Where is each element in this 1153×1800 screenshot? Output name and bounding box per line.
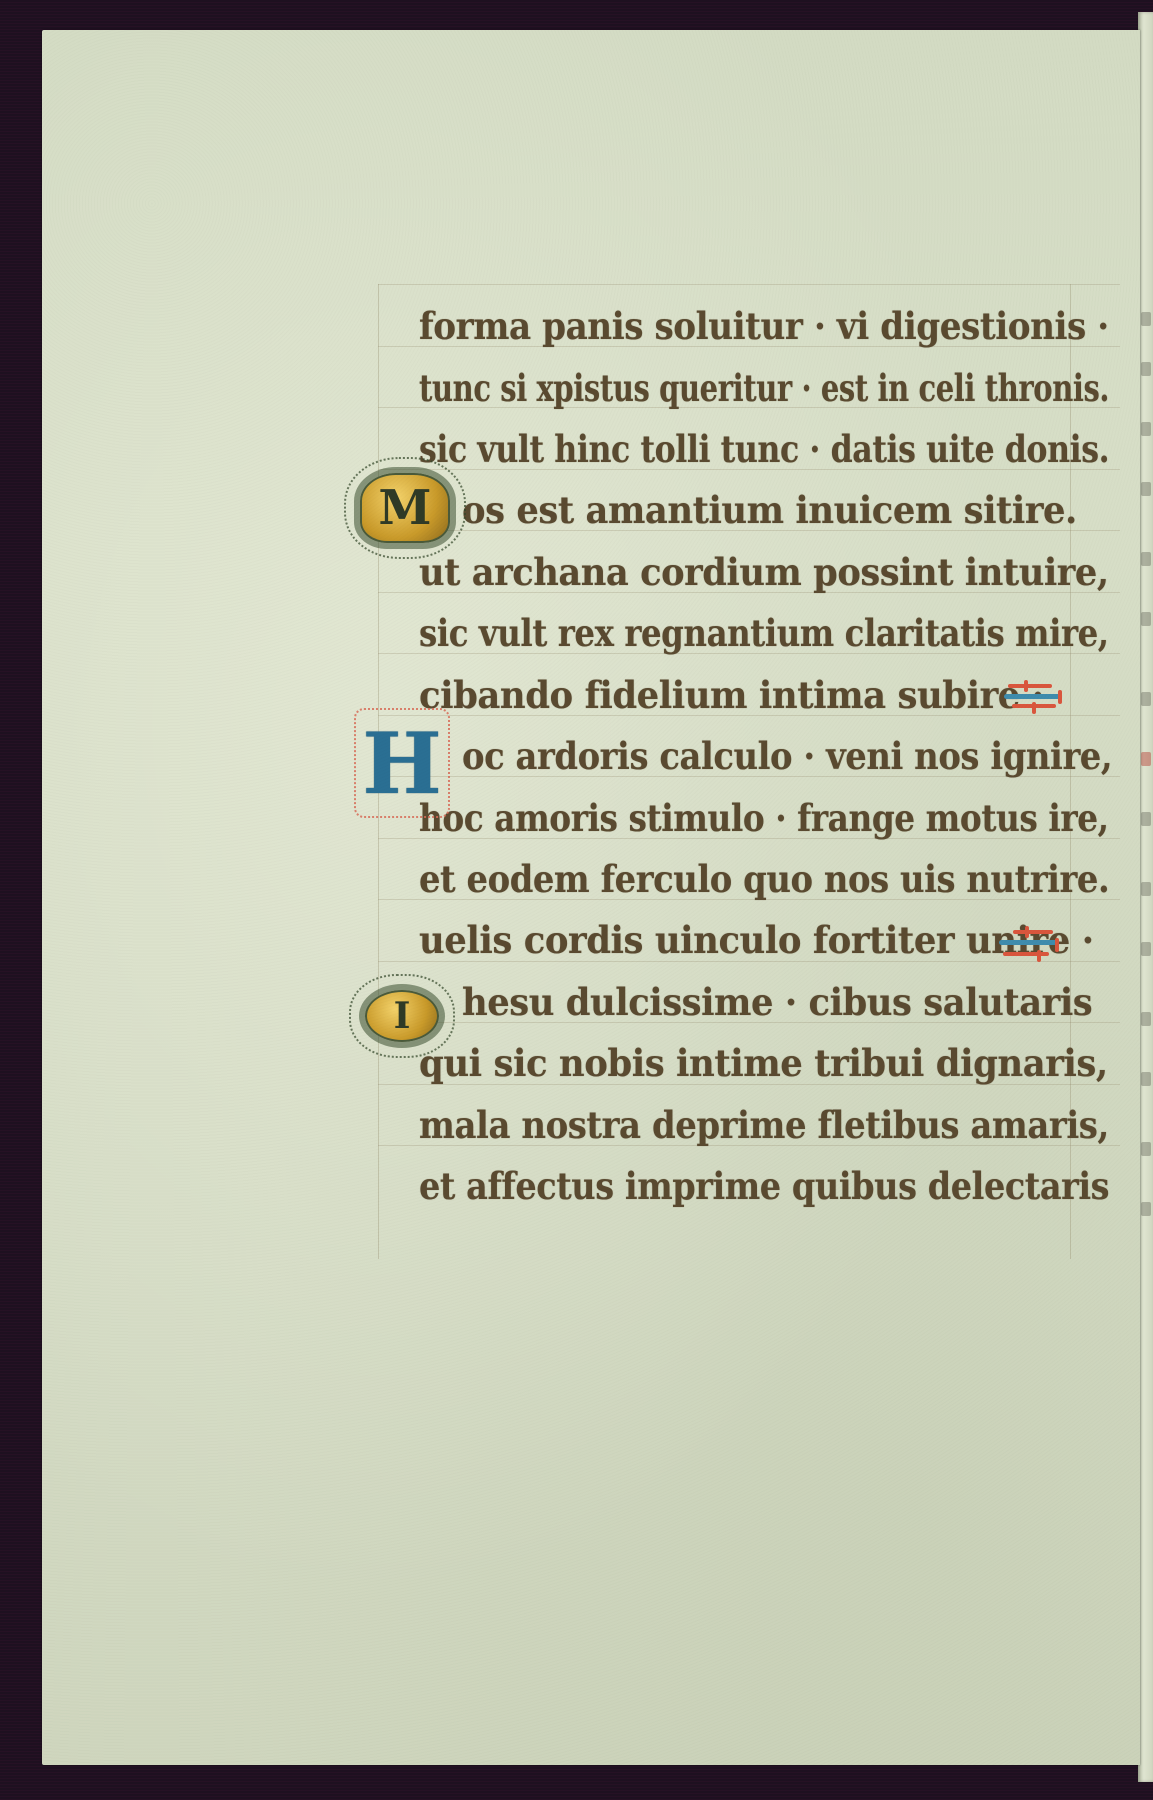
- illuminated-initial-h-blue: H: [368, 720, 436, 806]
- text-line-1: forma panis soluitur · vi digestionis ·: [419, 308, 1085, 345]
- text-line-9: hoc amoris stimulo · frange motus ire,: [419, 800, 1057, 837]
- facing-page-edge: [1138, 12, 1153, 1782]
- text-line-6: sic vult rex regnantium claritatis mire,: [419, 615, 1050, 652]
- penwork-flourish-icon: [354, 708, 450, 818]
- text-line-15: et affectus imprime quibus delectaris: [419, 1168, 1072, 1205]
- illuminated-initial-i-gold: I: [365, 990, 439, 1042]
- penwork-flourish-icon: [344, 457, 466, 559]
- text-line-5: ut archana cordium possint intuire,: [419, 554, 1105, 591]
- text-block: forma panis soluitur · vi digestionis · …: [42, 30, 1140, 1765]
- text-line-10: et eodem ferculo quo nos uis nutrire.: [419, 861, 1077, 898]
- text-line-3: sic vult hinc tolli tunc · datis uite do…: [419, 431, 1035, 468]
- text-line-2: tunc si xpistus queritur · est in celi t…: [419, 370, 983, 407]
- penwork-flourish-icon: [349, 974, 455, 1058]
- line-filler-ornament: [1002, 680, 1072, 714]
- manuscript-page: forma panis soluitur · vi digestionis · …: [42, 30, 1140, 1765]
- illuminated-initial-m-gold: M: [360, 473, 450, 543]
- text-line-12: hesu dulcissime · cibus salutaris: [462, 984, 1112, 1021]
- text-line-8: oc ardoris calculo · veni nos ignire,: [462, 738, 1084, 775]
- text-line-13: qui sic nobis intime tribui dignaris,: [419, 1045, 1109, 1082]
- text-line-14: mala nostra deprime fletibus amaris,: [419, 1107, 1080, 1144]
- line-filler-ornament: [997, 926, 1067, 960]
- text-line-4: os est amantium inuicem sitire.: [462, 492, 1112, 529]
